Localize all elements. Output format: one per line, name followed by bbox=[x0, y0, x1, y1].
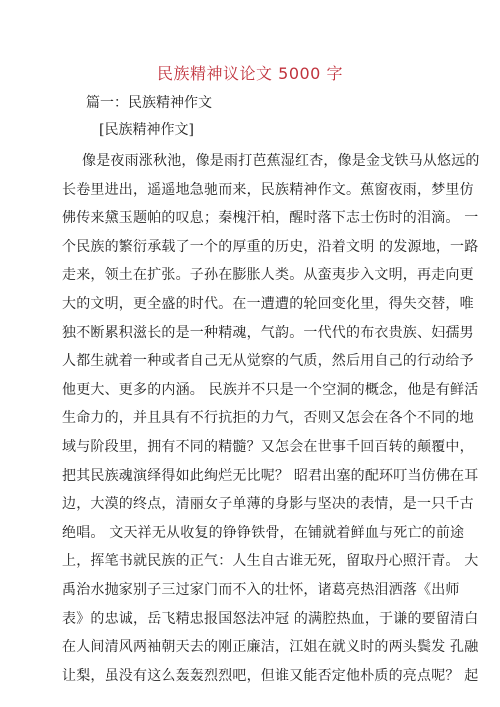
body-line: 大的文明，更全盛的时代。在一遭遭的轮回变化里，得失交替，唯 bbox=[62, 290, 446, 319]
body-line: 长卷里进出，遥遥地急驰而来，民族精神作文。蕉窗夜雨，梦里仿 bbox=[62, 176, 446, 205]
body-line: 边，大漠的终点，清丽女子单薄的身影与坚决的表情，是一只千古 bbox=[62, 490, 446, 519]
body-line: 像是夜雨涨秋池，像是雨打芭蕉湿红杏，像是金戈铁马从悠远的 bbox=[62, 147, 446, 176]
body-line: 域与阶段里，拥有不同的精髓？又怎会在世事千回百转的颠覆中， bbox=[62, 433, 446, 462]
body-line: 禹治水抛家别子三过家门而不入的壮怀，诸葛亮热泪洒落《出师 bbox=[62, 576, 446, 605]
body-line: 人都生就着一种或者自己无从觉察的气质，然后用自己的行动给予 bbox=[62, 347, 446, 376]
body-line: 个民族的繁衍承载了一个的厚重的历史，沿着文明 的发源地，一路 bbox=[62, 233, 446, 262]
body-line: 他更大、更多的内涵。 民族并不只是一个空洞的概念，他是有鲜活 bbox=[62, 376, 446, 405]
body-line: 生命力的，并且具有不行抗拒的力气，否则又怎会在各个不同的地 bbox=[62, 404, 446, 433]
body-line: 走来，领土在扩张。子孙在膨胀人类。从蛮夷步入文明，再走向更 bbox=[62, 261, 446, 290]
body-line: 佛传来黛玉题帕的叹息；秦槐汗柏，醒时落下志士伤时的泪滴。 一 bbox=[62, 204, 446, 233]
essay-title: [民族精神作文] bbox=[99, 120, 194, 140]
body-line: 表》的忠诚，岳飞精忠报国怒法冲冠 的满腔热血，于谦的要留清白 bbox=[62, 605, 446, 634]
section-heading: 篇一：民族精神作文 bbox=[86, 93, 212, 113]
document-page: 民族精神议论文 5000 字 篇一：民族精神作文 [民族精神作文] 像是夜雨涨秋… bbox=[0, 0, 500, 707]
body-line: 独不断累积滋长的是一种精魂，气韵。一代代的布衣贵族、妇孺男 bbox=[62, 319, 446, 348]
body-line: 上，挥笔书就民族的正气：人生自古谁无死，留取丹心照汗青。 大 bbox=[62, 547, 446, 576]
document-title: 民族精神议论文 5000 字 bbox=[0, 63, 500, 85]
essay-body: 像是夜雨涨秋池，像是雨打芭蕉湿红杏，像是金戈铁马从悠远的 长卷里进出，遥遥地急驰… bbox=[62, 147, 446, 690]
body-line: 在人间清风两袖朝天去的刚正廉洁，江姐在就义时的两头鬓发 孔融 bbox=[62, 633, 446, 662]
body-line: 绝唱。 文天祥无从收复的铮铮铁骨，在铺就着鲜血与死亡的前途 bbox=[62, 519, 446, 548]
body-line: 让梨，虽没有这么轰轰烈烈吧，但谁又能否定他朴质的亮点呢？ 起 bbox=[62, 662, 446, 691]
body-line: 把其民族魂演绎得如此绚烂无比呢？ 昭君出塞的配环叮当仿佛在耳 bbox=[62, 462, 446, 491]
